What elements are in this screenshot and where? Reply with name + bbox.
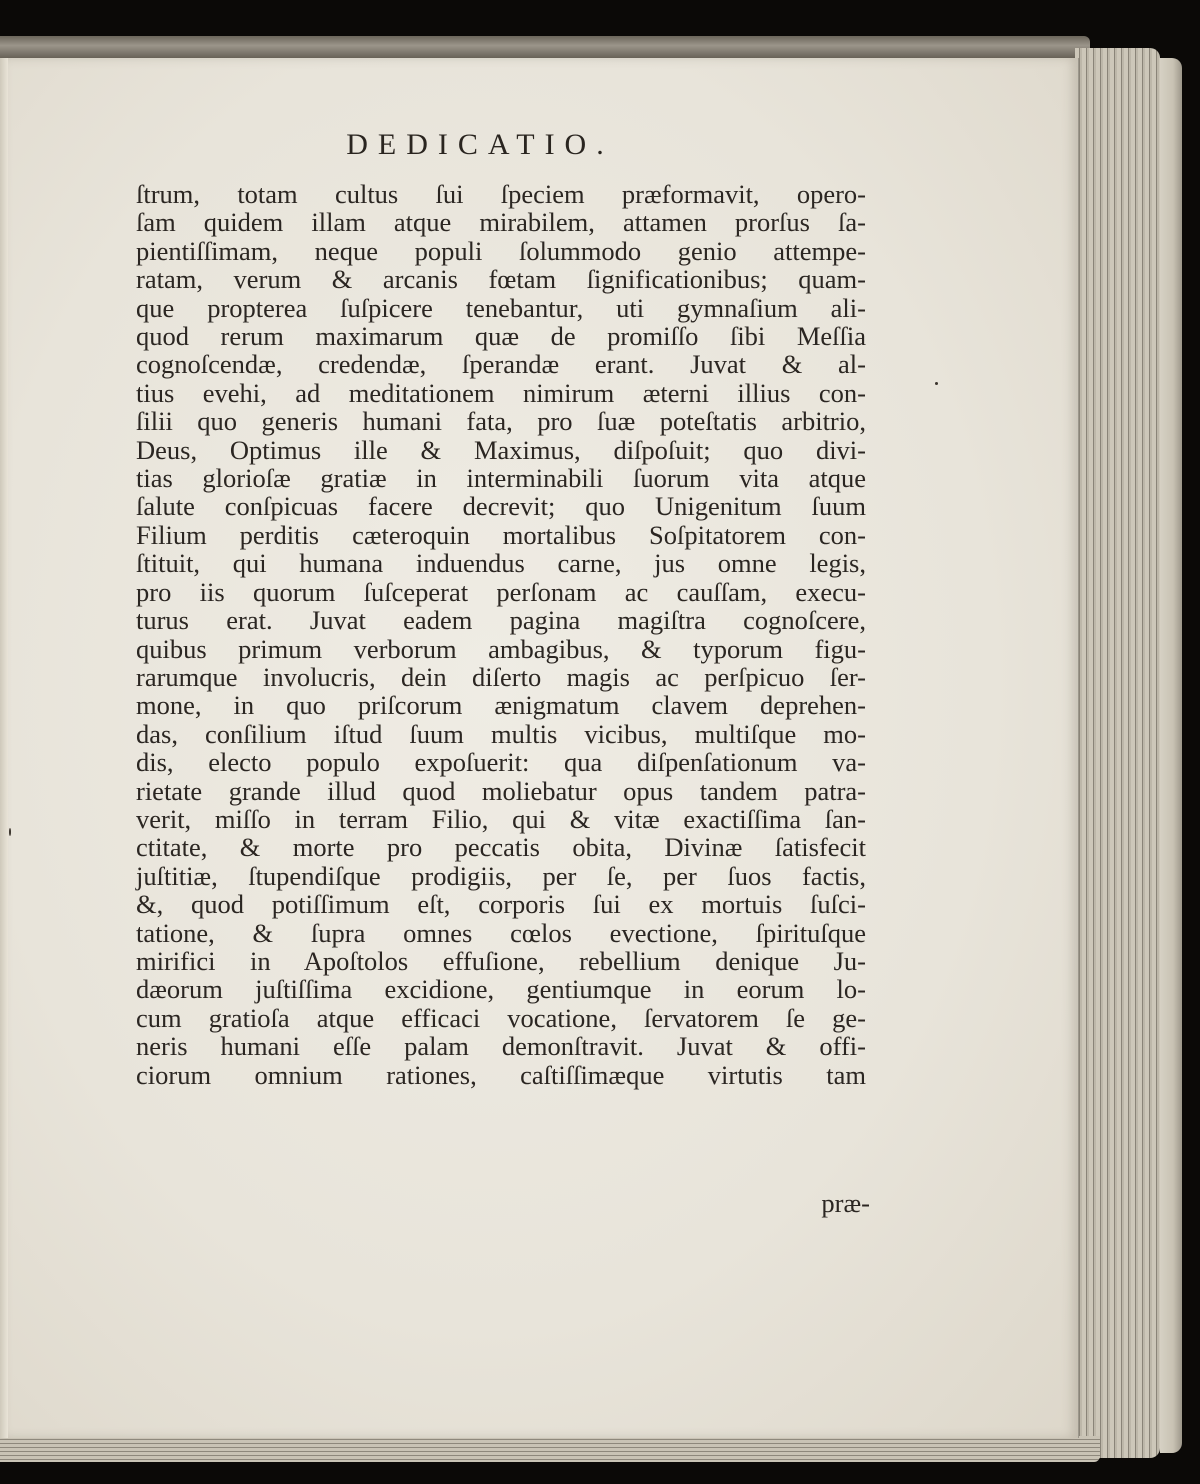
text-line: quibus primum verborum ambagibus, & typo… [136, 635, 866, 663]
text-line: pientiſſimam, neque populi ſolummodo gen… [136, 237, 866, 265]
text-line: mone, in quo priſcorum ænigmatum clavem … [136, 691, 866, 719]
body-text: ſtrum, totam cultus ſui ſpeciem præforma… [136, 180, 866, 1089]
text-line: mirifici in Apoſtolos effuſione, rebelli… [136, 947, 866, 975]
text-line: ctitate, & morte pro peccatis obita, Div… [136, 833, 866, 861]
text-line: quod rerum maximarum quæ de promiſſo ſib… [136, 322, 866, 350]
text-line: pro iis quorum ſuſceperat perſonam ac ca… [136, 578, 866, 606]
text-line: cognoſcendæ, credendæ, ſperandæ erant. J… [136, 350, 866, 378]
text-line: ſam quidem illam atque mirabilem, attame… [136, 208, 866, 236]
text-line: rarumque involucris, dein diſerto magis … [136, 663, 866, 691]
running-head: DEDICATIO. [0, 128, 960, 162]
text-line: ſalute conſpicuas facere decrevit; quo U… [136, 492, 866, 520]
text-line: tius evehi, ad meditationem nimirum æter… [136, 379, 866, 407]
book-top-edge [0, 36, 1090, 60]
catchword: præ- [760, 1188, 870, 1219]
text-line: Filium perditis cæteroquin mortalibus So… [136, 521, 866, 549]
text-line: neris humani eſſe palam demonſtravit. Ju… [136, 1032, 866, 1060]
text-line: ratam, verum & arcanis fœtam ſignificati… [136, 265, 866, 293]
text-line: Deus, Optimus ille & Maximus, diſpoſuit;… [136, 436, 866, 464]
text-line: &, quod potiſſimum eſt, corporis ſui ex … [136, 890, 866, 918]
text-line: ſtrum, totam cultus ſui ſpeciem præforma… [136, 180, 866, 208]
text-line: cum gratioſa atque efficaci vocatione, ſ… [136, 1004, 866, 1032]
paper-mark [9, 828, 11, 836]
book-cover-edge [1160, 58, 1182, 1453]
page-fore-edge [1075, 48, 1160, 1458]
text-line: que propterea ſuſpicere tenebantur, uti … [136, 294, 866, 322]
text-line: tias glorioſæ gratiæ in interminabili ſu… [136, 464, 866, 492]
text-line: das, conſilium iſtud ſuum multis vicibus… [136, 720, 866, 748]
text-line: rietate grande illud quod moliebatur opu… [136, 777, 866, 805]
text-line: ſtituit, qui humana induendus carne, jus… [136, 549, 866, 577]
text-line: dæorum juſtiſſima excidione, gentiumque … [136, 975, 866, 1003]
book-bottom-edge [0, 1436, 1100, 1462]
text-line: ſilii quo generis humani fata, pro ſuæ p… [136, 407, 866, 435]
text-line: verit, miſſo in terram Filio, qui & vitæ… [136, 805, 866, 833]
paper-speck [935, 382, 938, 385]
text-line: ciorum omnium rationes, caſtiſſimæque vi… [136, 1061, 866, 1089]
text-line: turus erat. Juvat eadem pagina magiſtra … [136, 606, 866, 634]
text-line: juſtitiæ, ſtupendiſque prodigiis, per ſe… [136, 862, 866, 890]
text-line: dis, electo populo expoſuerit: qua diſpe… [136, 748, 866, 776]
text-line: tatione, & ſupra omnes cœlos evectione, … [136, 919, 866, 947]
